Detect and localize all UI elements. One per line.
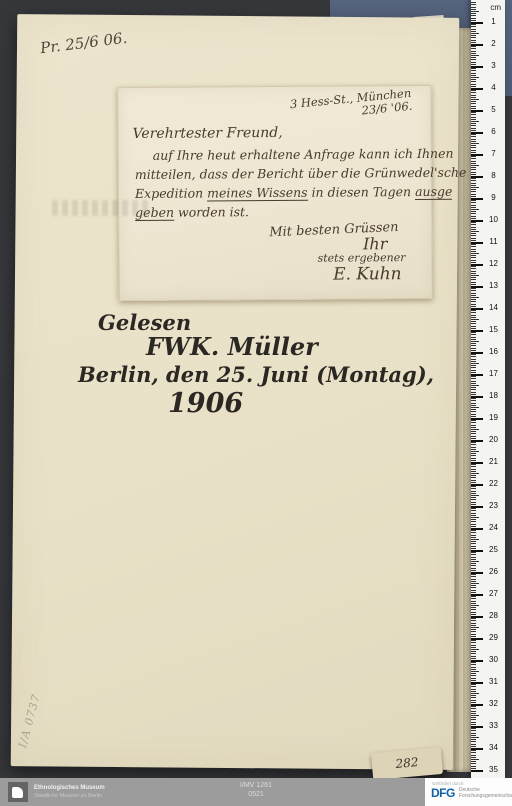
ruler-number: 11 xyxy=(486,237,501,246)
ruler-tick xyxy=(471,739,476,740)
attached-card: 3 Hess-St., München 23/6 '06. Verehrtest… xyxy=(117,85,432,301)
ruler-tick xyxy=(471,510,476,511)
ruler-number: 14 xyxy=(486,303,501,312)
ruler-tick xyxy=(471,238,476,239)
ruler-tick xyxy=(471,693,479,694)
ruler-tick xyxy=(471,768,476,769)
ruler-tick xyxy=(471,579,476,580)
ruler-number: 17 xyxy=(486,369,501,378)
ruler-tick xyxy=(471,57,476,58)
ruler-tick xyxy=(471,59,476,60)
ruler-tick xyxy=(471,62,476,63)
ruler-tick xyxy=(471,97,476,98)
ruler-tick xyxy=(471,658,476,659)
ruler-number: 1 xyxy=(486,17,501,26)
ruler-tick xyxy=(471,200,476,201)
ruler-tick xyxy=(471,684,476,685)
ruler-tick xyxy=(471,84,476,85)
ruler-tick xyxy=(471,178,476,179)
ruler-tick xyxy=(471,183,476,184)
ruler-tick xyxy=(471,312,476,313)
ruler-tick xyxy=(471,407,479,408)
ruler-number: 29 xyxy=(486,633,501,642)
ruler-tick xyxy=(471,266,476,267)
ruler-tick xyxy=(471,766,476,767)
ruler-tick xyxy=(471,235,476,236)
ruler-tick xyxy=(471,715,479,716)
ruler-tick xyxy=(471,326,476,327)
ruler-tick xyxy=(471,618,476,619)
ruler-tick xyxy=(471,568,476,569)
ruler-tick xyxy=(471,191,476,192)
dfg-logo: Gefördert durch DFG Deutsche Forschungsg… xyxy=(425,778,512,806)
ruler-tick xyxy=(471,106,476,107)
ruler-number: 6 xyxy=(486,127,501,136)
ruler-tick xyxy=(471,99,479,100)
ruler-tick xyxy=(471,730,476,731)
ruler-tick xyxy=(471,425,476,426)
ruler-tick xyxy=(471,268,476,269)
ruler-tick xyxy=(471,275,479,276)
ruler-tick xyxy=(471,689,476,690)
ruler-tick xyxy=(471,185,476,186)
ruler-tick xyxy=(471,279,476,280)
ruler-tick xyxy=(471,249,476,250)
caption-bar: Ethnologisches Museum Staatliche Museen … xyxy=(0,778,512,806)
ruler-tick xyxy=(471,392,476,393)
ruler-tick xyxy=(471,70,476,71)
ruler-tick xyxy=(471,2,476,3)
ruler-tick xyxy=(471,431,476,432)
ruler-tick xyxy=(471,517,479,518)
ruler-tick xyxy=(471,284,476,285)
ruler-tick xyxy=(471,103,476,104)
ruler-tick xyxy=(471,398,476,399)
ruler-tick xyxy=(471,770,483,772)
ruler-number: 27 xyxy=(486,589,501,598)
ruler-number: 15 xyxy=(486,325,501,334)
ruler-tick xyxy=(471,741,476,742)
ruler-tick xyxy=(471,224,476,225)
ruler-tick xyxy=(471,323,476,324)
ruler-tick xyxy=(471,11,479,12)
ruler-tick xyxy=(471,647,476,648)
ruler-number: 12 xyxy=(486,259,501,268)
ruler-tick xyxy=(471,304,476,305)
ruler-tick xyxy=(471,257,476,258)
ruler-number: 24 xyxy=(486,523,501,532)
ruler-tick xyxy=(471,187,479,188)
ruler-tick xyxy=(471,301,476,302)
ruler-tick xyxy=(471,466,476,467)
ruler-tick xyxy=(471,139,476,140)
ruler-unit-label: cm xyxy=(490,3,501,12)
year-note: 1906 xyxy=(168,388,243,419)
ruler-tick xyxy=(471,112,476,113)
ruler-tick xyxy=(471,229,476,230)
ruler-tick xyxy=(471,444,476,445)
ruler-number: 30 xyxy=(486,655,501,664)
ruler-number: 28 xyxy=(486,611,501,620)
ruler-number: 18 xyxy=(486,391,501,400)
ruler-number: 26 xyxy=(486,567,501,576)
card-address: 3 Hess-St., München 23/6 '06. xyxy=(290,87,414,124)
ruler-tick xyxy=(471,339,476,340)
ruler-tick xyxy=(471,411,476,412)
ruler-tick xyxy=(471,114,476,115)
ruler-tick xyxy=(471,605,479,606)
ruler-tick xyxy=(471,530,476,531)
ruler-tick xyxy=(471,306,476,307)
ruler-tick xyxy=(471,345,476,346)
ruler-tick xyxy=(471,416,476,417)
ruler-tick xyxy=(471,640,476,641)
ruler-tick xyxy=(471,48,476,49)
ruler-tick xyxy=(471,524,476,525)
ruler-tick xyxy=(471,172,476,173)
ruler-tick xyxy=(471,614,476,615)
ruler-tick xyxy=(471,262,476,263)
ruler-tick xyxy=(471,664,476,665)
ruler-tick xyxy=(471,156,476,157)
ruler-tick xyxy=(471,341,479,342)
card-body: auf Ihre heut erhaltene Anfrage kann ich… xyxy=(135,144,467,222)
ruler-tick xyxy=(471,213,476,214)
ruler-tick xyxy=(471,493,476,494)
ruler-tick xyxy=(471,26,476,27)
ruler-tick xyxy=(471,297,479,298)
ruler-tick xyxy=(471,554,476,555)
ruler-tick xyxy=(471,253,479,254)
ruler-tick xyxy=(471,449,476,450)
ruler-tick xyxy=(471,293,476,294)
ruler-tick xyxy=(471,471,476,472)
ruler-tick xyxy=(471,763,476,764)
ruler-number: 2 xyxy=(486,39,501,48)
ruler-tick xyxy=(471,601,476,602)
ruler-tick xyxy=(471,260,476,261)
ruler-tick xyxy=(471,543,476,544)
ruler-number: 34 xyxy=(486,743,501,752)
ruler-tick xyxy=(471,18,476,19)
ruler-number: 4 xyxy=(486,83,501,92)
ruler-tick xyxy=(471,169,476,170)
card-closing-stets: stets ergebener xyxy=(318,251,406,265)
ruler-tick xyxy=(471,429,479,430)
reader-name: FWK. Müller xyxy=(146,332,318,361)
ruler-tick xyxy=(471,627,479,628)
ruler-tick xyxy=(471,737,479,738)
ruler-tick xyxy=(471,442,476,443)
ruler-tick xyxy=(471,585,476,586)
ruler-tick xyxy=(471,328,476,329)
ruler-tick xyxy=(471,42,476,43)
ruler-tick xyxy=(471,46,476,47)
ruler-tick xyxy=(471,31,476,32)
ruler-tick xyxy=(471,733,476,734)
ruler-tick xyxy=(471,574,476,575)
ruler-tick xyxy=(471,757,476,758)
ruler-tick xyxy=(471,552,476,553)
ruler-tick xyxy=(471,343,476,344)
ruler-tick xyxy=(471,535,476,536)
ruler-number: 20 xyxy=(486,435,501,444)
ruler-tick xyxy=(471,136,476,137)
ruler-tick xyxy=(471,587,476,588)
ruler-tick xyxy=(471,458,476,459)
ruler-tick xyxy=(471,310,476,311)
ruler-tick xyxy=(471,420,476,421)
ruler-tick xyxy=(471,277,476,278)
ruler-tick xyxy=(471,86,476,87)
ruler-tick xyxy=(471,438,476,439)
ruler-tick xyxy=(471,119,476,120)
ruler-tick xyxy=(471,218,476,219)
ruler-tick xyxy=(471,163,476,164)
ruler-tick xyxy=(471,90,476,91)
ruler-tick xyxy=(471,202,476,203)
ruler-tick xyxy=(471,473,479,474)
ruler-tick xyxy=(471,722,476,723)
ruler-tick xyxy=(471,394,476,395)
ruler-tick xyxy=(471,422,476,423)
ruler-tick xyxy=(471,363,479,364)
ruler-tick xyxy=(471,436,476,437)
ruler-tick xyxy=(471,453,476,454)
ruler-tick xyxy=(471,244,476,245)
ruler-tick xyxy=(471,678,476,679)
ruler-number: 16 xyxy=(486,347,501,356)
ruler-tick xyxy=(471,636,476,637)
ruler-tick xyxy=(471,719,476,720)
ruler-tick xyxy=(471,337,476,338)
card-body-line: Expedition meines Wissens in diesen Tage… xyxy=(135,182,467,203)
ruler-tick xyxy=(471,35,476,36)
ruler-tick xyxy=(471,447,476,448)
ruler-tick xyxy=(471,451,479,452)
ruler-tick xyxy=(471,20,476,21)
ruler-tick xyxy=(471,649,479,650)
ruler-tick xyxy=(471,117,476,118)
ruler-tick xyxy=(471,29,476,30)
ruler-tick xyxy=(471,317,476,318)
ruler-tick xyxy=(471,81,476,82)
ruler-tick xyxy=(471,502,476,503)
ruler-tick xyxy=(471,77,479,78)
ruler-tick xyxy=(471,609,476,610)
ruler-tick xyxy=(471,717,476,718)
ruler-tick xyxy=(471,400,476,401)
ruler-number: 8 xyxy=(486,171,501,180)
ruler-tick xyxy=(471,150,476,151)
ruler-tick xyxy=(471,299,476,300)
ruler-tick xyxy=(471,403,476,404)
ruler-tick xyxy=(471,161,476,162)
ruler-tick xyxy=(471,53,476,54)
ruler-tick xyxy=(471,744,476,745)
ruler-tick xyxy=(471,145,476,146)
ruler-tick xyxy=(471,79,476,80)
ruler-tick xyxy=(471,700,476,701)
ruler-tick xyxy=(471,227,476,228)
ruler-tick xyxy=(471,656,476,657)
ruler-tick xyxy=(471,629,476,630)
ruler-tick xyxy=(471,367,476,368)
dfg-full-name: Deutsche Forschungsgemeinschaft xyxy=(459,787,512,799)
ruler-number: 23 xyxy=(486,501,501,510)
ruler-tick xyxy=(471,499,476,500)
ruler-tick xyxy=(471,354,476,355)
card-body-line: geben worden ist. xyxy=(135,201,467,222)
ruler-tick xyxy=(471,576,476,577)
ruler-tick xyxy=(471,464,476,465)
ruler-tick xyxy=(471,673,476,674)
ruler-tick xyxy=(471,541,476,542)
ruler-tick xyxy=(471,385,479,386)
ruler-number: 25 xyxy=(486,545,501,554)
ruler-tick xyxy=(471,152,476,153)
ruler-tick xyxy=(471,73,476,74)
ruler-tick xyxy=(471,7,476,8)
ruler-tick xyxy=(471,108,476,109)
card-body-line: mitteilen, dass der Bericht über die Grü… xyxy=(135,163,467,184)
page-number: 282 xyxy=(395,755,419,771)
ruler-tick xyxy=(471,196,476,197)
ruler-tick xyxy=(471,570,476,571)
ruler-tick xyxy=(471,537,476,538)
ruler-number: 13 xyxy=(486,281,501,290)
ruler-tick xyxy=(471,598,476,599)
ruler-tick xyxy=(471,513,476,514)
ruler-tick xyxy=(471,409,476,410)
ruler-tick xyxy=(471,251,476,252)
ruler-tick xyxy=(471,55,479,56)
ruler-tick xyxy=(471,125,476,126)
ruler-tick xyxy=(471,273,476,274)
card-body-line: auf Ihre heut erhaltene Anfrage kann ich… xyxy=(135,144,467,165)
ruler-tick xyxy=(471,623,476,624)
ruler-tick xyxy=(471,653,476,654)
ruler-tick xyxy=(471,389,476,390)
ruler-tick xyxy=(471,288,476,289)
ruler-tick xyxy=(471,141,476,142)
ruler-tick xyxy=(471,246,476,247)
ruler-tick xyxy=(471,669,476,670)
ruler-tick xyxy=(471,680,476,681)
ruler-tick xyxy=(471,376,476,377)
ruler-tick xyxy=(471,123,476,124)
ruler-tick xyxy=(471,147,476,148)
ruler-tick xyxy=(471,642,476,643)
ruler-tick xyxy=(471,216,476,217)
ruler-tick xyxy=(471,334,476,335)
ruler-tick xyxy=(471,319,479,320)
ruler-tick xyxy=(471,563,476,564)
ruler-number: 31 xyxy=(486,677,501,686)
ruler-tick xyxy=(471,271,476,272)
ruler-tick xyxy=(471,713,476,714)
ruler-tick xyxy=(471,75,476,76)
ruler-tick xyxy=(471,583,479,584)
ruler-tick xyxy=(471,282,476,283)
ruler-tick xyxy=(471,315,476,316)
ruler-tick xyxy=(471,13,476,14)
ruler-tick xyxy=(471,174,476,175)
ruler-tick xyxy=(471,460,476,461)
ruler-tick xyxy=(471,708,476,709)
ruler-tick xyxy=(471,607,476,608)
ruler-tick xyxy=(471,671,479,672)
ruler-tick xyxy=(471,348,476,349)
ruler-tick xyxy=(471,631,476,632)
ruler-tick xyxy=(471,68,476,69)
ruler-tick xyxy=(471,95,476,96)
ruler-tick xyxy=(471,750,476,751)
ruler-tick xyxy=(471,387,476,388)
ruler-tick xyxy=(471,121,479,122)
place-date-note: Berlin, den 25. Juni (Montag), xyxy=(78,362,434,387)
ruler-tick xyxy=(471,486,476,487)
ruler-tick xyxy=(471,455,476,456)
ruler-tick xyxy=(471,612,476,613)
ruler-tick xyxy=(471,546,476,547)
ruler-tick xyxy=(471,596,476,597)
ruler-tick xyxy=(471,231,479,232)
ruler-number: 19 xyxy=(486,413,501,422)
ruler-tick xyxy=(471,557,476,558)
ruler-tick xyxy=(471,495,479,496)
ruler-tick xyxy=(471,51,476,52)
ruler-number: 21 xyxy=(486,457,501,466)
ruler-tick xyxy=(471,361,476,362)
ruler-number: 5 xyxy=(486,105,501,114)
ruler-tick xyxy=(471,488,476,489)
ruler-tick xyxy=(471,702,476,703)
ruler-tick xyxy=(471,207,476,208)
ruler-tick xyxy=(471,752,476,753)
ruler-tick xyxy=(471,189,476,190)
ruler-tick xyxy=(471,128,476,129)
ruler-tick xyxy=(471,508,476,509)
ruler-tick xyxy=(471,590,476,591)
ruler-tick xyxy=(471,592,476,593)
faint-stamp xyxy=(52,200,148,216)
ruler-tick xyxy=(471,625,476,626)
ruler-number: 7 xyxy=(486,149,501,158)
ruler-tick xyxy=(471,724,476,725)
ruler-tick xyxy=(471,519,476,520)
ruler-tick xyxy=(471,475,476,476)
ruler-tick xyxy=(471,381,476,382)
ruler-tick xyxy=(471,603,476,604)
ruler-tick xyxy=(471,675,476,676)
ruler-tick xyxy=(471,37,476,38)
ruler-tick xyxy=(471,433,476,434)
ruler-tick xyxy=(471,211,476,212)
ruler-tick xyxy=(471,728,476,729)
ruler-tick xyxy=(471,359,476,360)
ruler-tick xyxy=(471,365,476,366)
ruler-tick xyxy=(471,491,476,492)
ruler-tick xyxy=(471,130,476,131)
ruler-tick xyxy=(471,209,479,210)
ruler-tick xyxy=(471,755,476,756)
ruler-tick xyxy=(471,477,476,478)
ruler-tick xyxy=(471,295,476,296)
card-salutation: Verehrtester Freund, xyxy=(133,125,283,142)
ruler-number: 3 xyxy=(486,61,501,70)
ruler-tick xyxy=(471,101,476,102)
